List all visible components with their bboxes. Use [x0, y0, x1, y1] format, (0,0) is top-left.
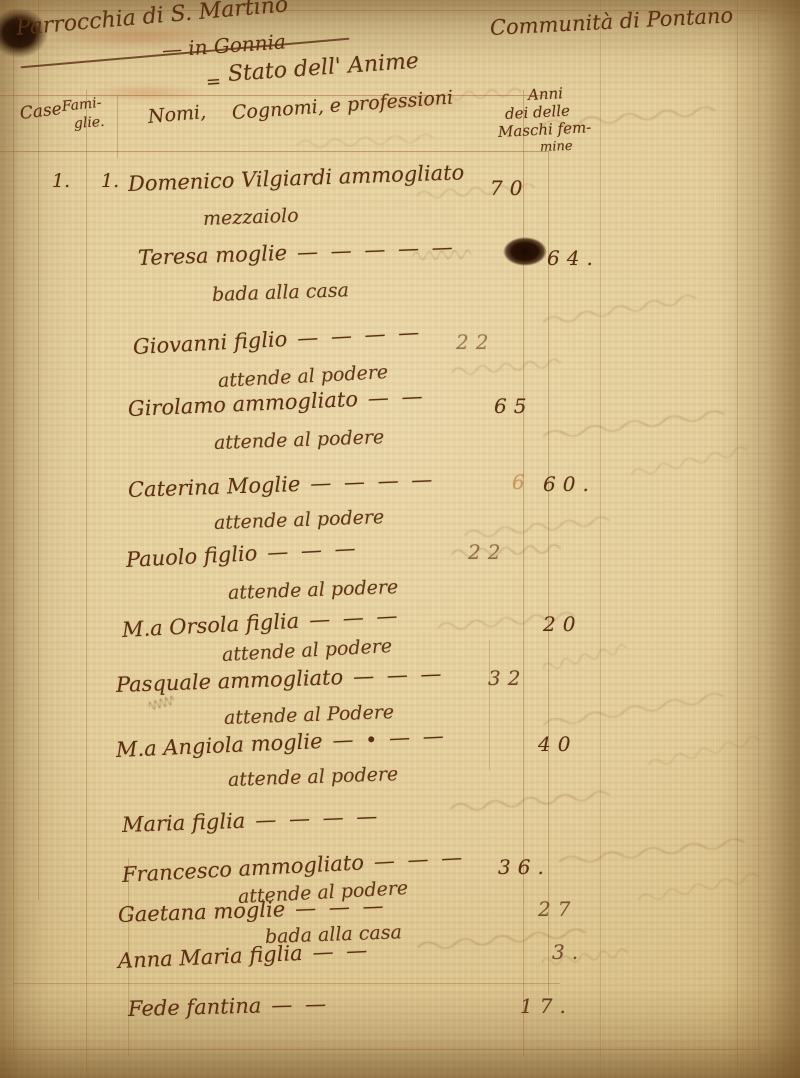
entry-age: 65 — [494, 394, 533, 418]
entry-name: Anna Maria figlia — [117, 941, 303, 973]
entry-profession: attende al podere — [228, 763, 399, 791]
entry-name: Fede fantina — [128, 994, 262, 1021]
entry-age: 64. — [547, 246, 600, 270]
entry-dashes: — — — — [373, 845, 465, 874]
entry-name: M.a Orsola figlia — [121, 609, 299, 642]
entry-name: Caterina Moglie — [128, 472, 301, 502]
entry-age: 36. — [498, 855, 551, 879]
entry-age: 3. — [552, 940, 585, 964]
entry-name-line: Teresa moglie— — — — — — [138, 235, 456, 270]
entry-profession: attende al Podere — [224, 701, 395, 729]
entry-age: 22 — [456, 330, 495, 354]
entry-age: 32 — [488, 666, 527, 690]
entry-name-line: Pasquale ammogliato— — — — [116, 662, 445, 697]
entry-dashes: — ∙ — — — [332, 724, 447, 753]
entry-profession: mezzaiolo — [203, 205, 299, 230]
entry-profession: attende al podere — [214, 506, 385, 534]
entry-name-line: Maria figlia— — — — — [122, 804, 381, 837]
entry-profession: bada alla casa — [212, 279, 350, 306]
entry-age: 60. — [543, 472, 596, 496]
entry-name: Maria figlia — [122, 809, 246, 837]
entry-name-line: Girolamo ammogliato— — — [127, 384, 426, 421]
entry-age: 20 — [543, 612, 582, 636]
census-entries: Domenico Vilgiardi ammogliato70mezzaiolo… — [0, 0, 800, 1078]
entry-name: Giovanni figlio — [132, 327, 288, 359]
entry-name-line: M.a Angiola moglie— ∙ — — — [115, 724, 447, 762]
entry-profession: attende al podere — [228, 576, 399, 604]
entry-dashes: — — — — — [310, 467, 436, 495]
entry-age: 27 — [538, 897, 577, 921]
entry-name: Domenico Vilgiardi ammogliato — [128, 160, 465, 196]
entry-name-line: Caterina Moglie— — — — — [128, 467, 436, 502]
entry-dashes: — — — [367, 384, 426, 410]
entry-age-smudge: 6 — [512, 470, 532, 494]
entry-name: M.a Angiola moglie — [115, 729, 322, 762]
entry-age: 70 — [490, 176, 529, 200]
entry-profession: attende al podere — [214, 426, 385, 454]
entry-dashes: — — — — — — [297, 235, 456, 265]
entry-name: Girolamo ammogliato — [127, 387, 358, 421]
entry-name: Pauolo figlio — [125, 541, 258, 572]
entry-name: Gaetana moglie — [118, 897, 286, 927]
entry-name-line: Pauolo figlio— — — — [125, 536, 359, 572]
entry-age: 17. — [520, 994, 573, 1018]
entry-name-line: Domenico Vilgiardi ammogliato — [128, 160, 465, 196]
entry-dashes: — — — — — [255, 804, 381, 832]
entry-dashes: — — — [271, 992, 329, 1018]
entry-dashes: — — — — [353, 662, 445, 689]
entry-name-line: Fede fantina— — — [128, 992, 330, 1021]
entry-name: Teresa moglie — [138, 241, 288, 270]
entry-dashes: — — — [312, 938, 371, 964]
entry-dashes: — — — — [267, 536, 359, 565]
manuscript-page: Parrocchia di S. Martino — in Gonnia Com… — [0, 0, 800, 1078]
entry-dashes: — — — — [295, 894, 387, 921]
entry-profession: attende al podere — [221, 635, 392, 666]
entry-name: Pasquale ammogliato — [116, 665, 344, 697]
entry-age: 40 — [538, 732, 577, 756]
entry-age: 22 — [468, 540, 507, 564]
entry-name-line: Anna Maria figlia— — — [117, 938, 370, 973]
entry-name-line: Francesco ammogliato— — — — [121, 845, 465, 887]
entry-dashes: — — — — [308, 603, 400, 632]
entry-name-line: Giovanni figlio— — — — — [132, 320, 422, 359]
entry-name-line: Gaetana moglie— — — — [118, 894, 387, 927]
entry-dashes: — — — — — [297, 320, 423, 351]
